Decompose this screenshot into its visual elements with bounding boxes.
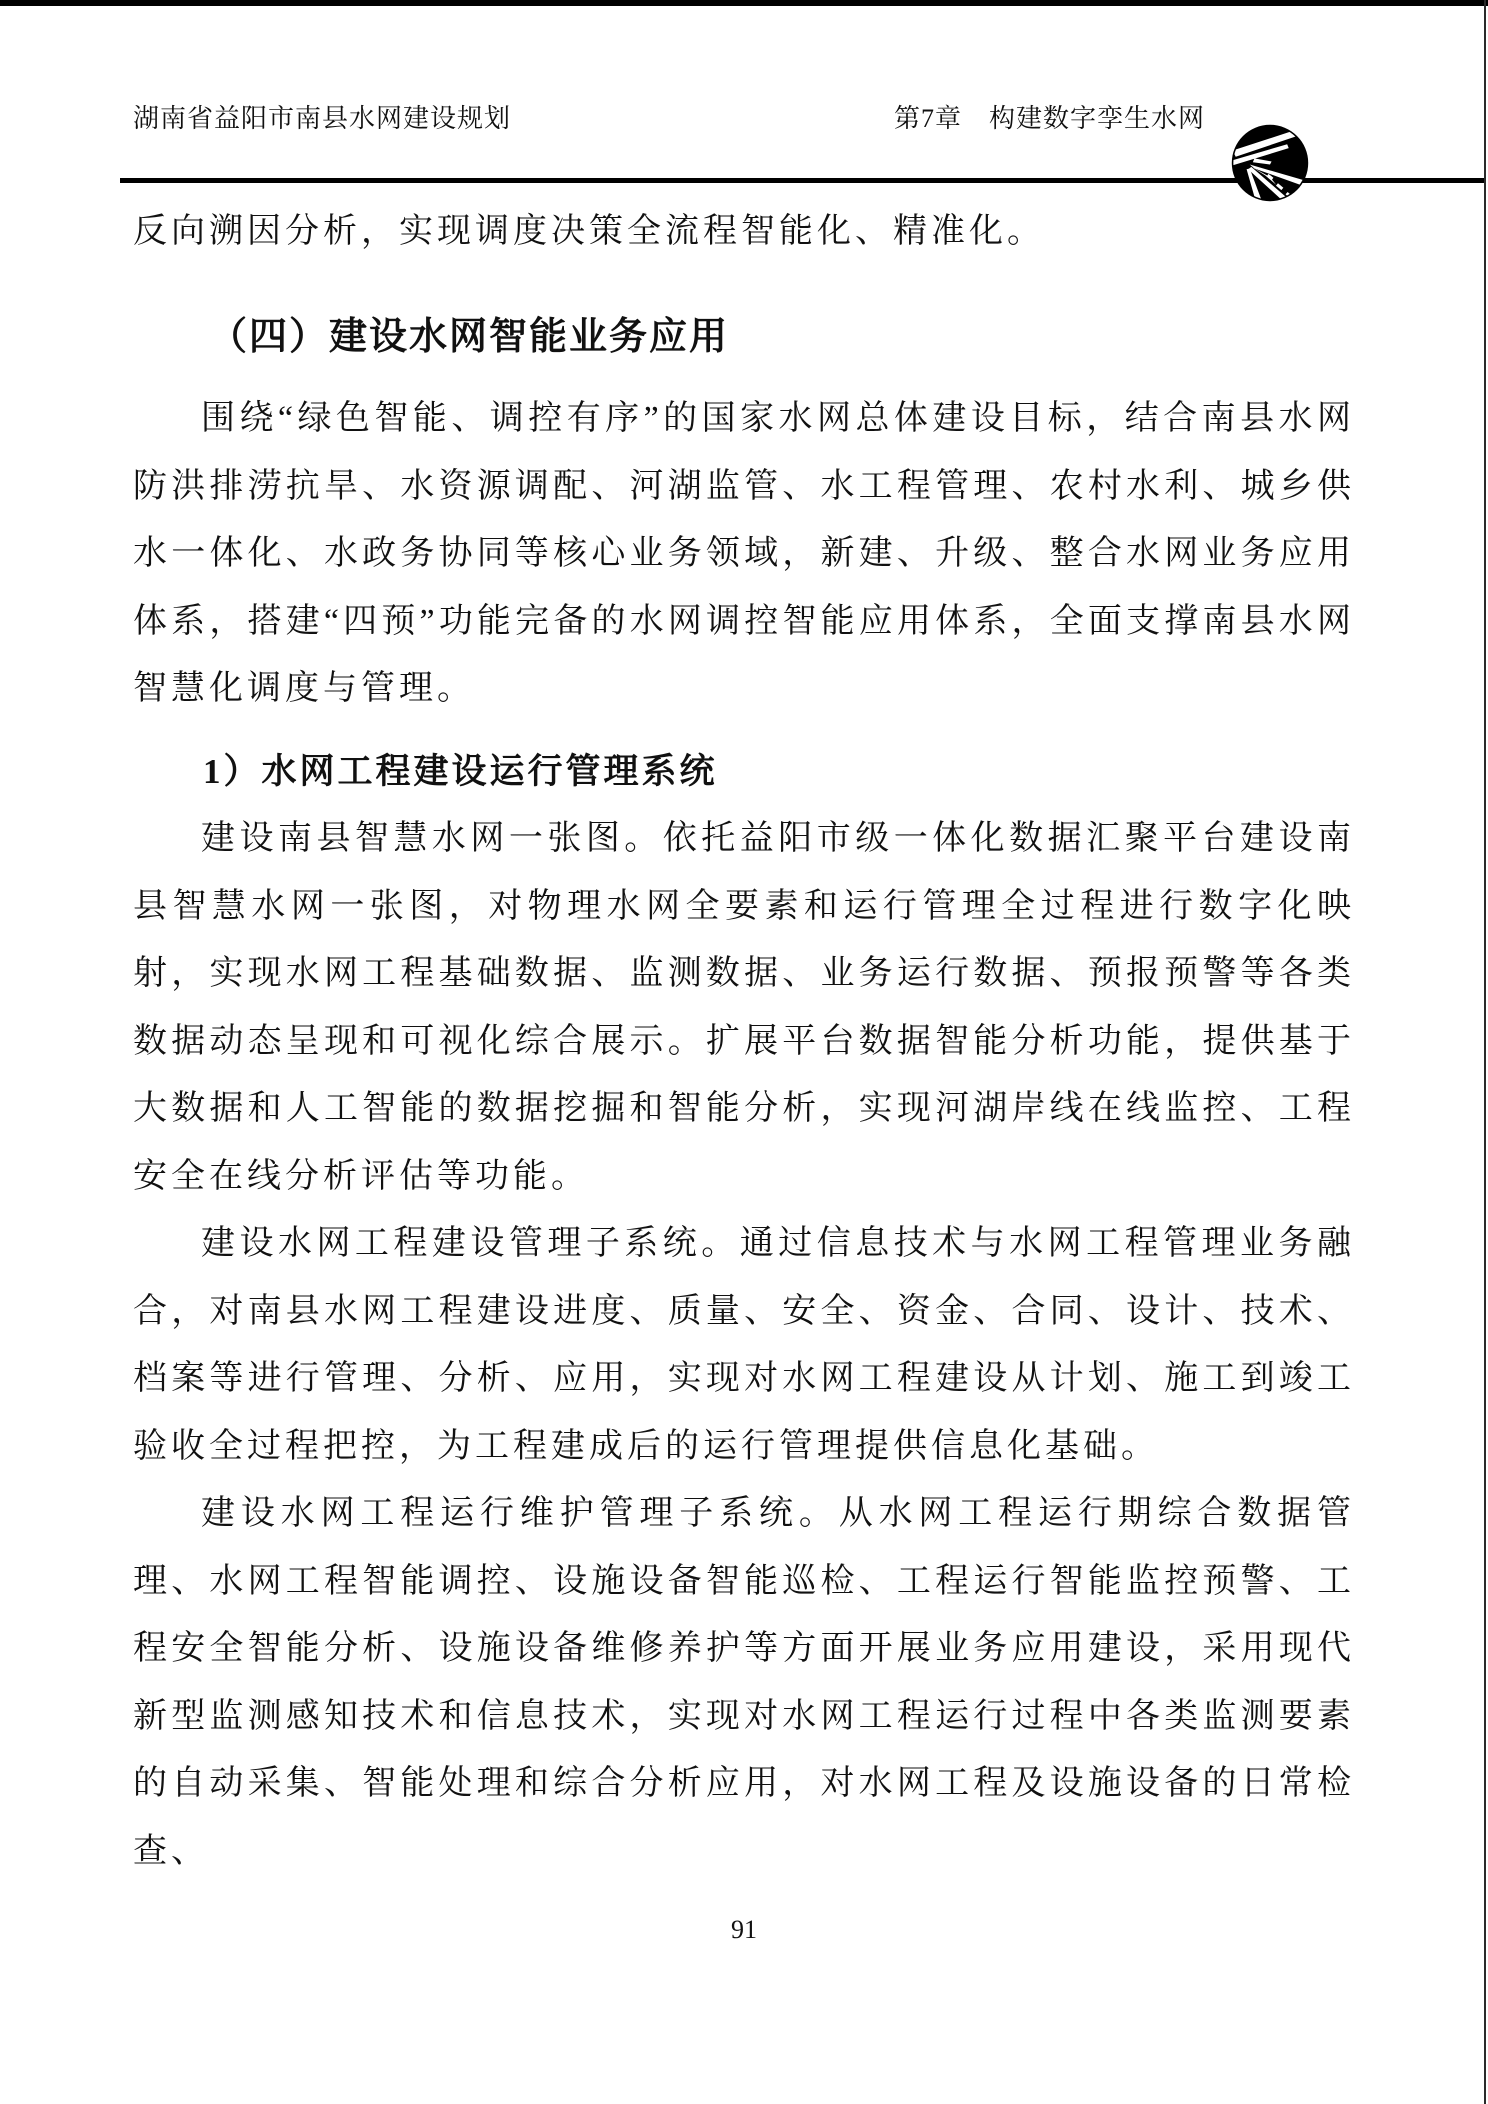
page-header: 湖南省益阳市南县水网建设规划 第7章 构建数字孪生水网 bbox=[133, 98, 1355, 135]
page-number: 91 bbox=[0, 1915, 1488, 1945]
document-body: 反向溯因分析，实现调度决策全流程智能化、精准化。 （四）建设水网智能业务应用 围… bbox=[133, 198, 1355, 1885]
paragraph-smart-map: 建设南县智慧水网一张图。依托益阳市级一体化数据汇聚平台建设南县智慧水网一张图，对… bbox=[133, 805, 1355, 1210]
sub-heading-system-1: 1）水网工程建设运行管理系统 bbox=[133, 738, 1355, 806]
section-heading: （四）建设水网智能业务应用 bbox=[133, 304, 1355, 372]
scan-right-edge bbox=[1484, 0, 1486, 2104]
header-document-title: 湖南省益阳市南县水网建设规划 bbox=[133, 98, 511, 135]
paragraph-operation-subsystem: 建设水网工程运行维护管理子系统。从水网工程运行期综合数据管理、水网工程智能调控、… bbox=[133, 1480, 1355, 1885]
paragraph-intro-continuation: 反向溯因分析，实现调度决策全流程智能化、精准化。 bbox=[133, 198, 1355, 266]
paragraph-construction-subsystem: 建设水网工程建设管理子系统。通过信息技术与水网工程管理业务融合，对南县水网工程建… bbox=[133, 1210, 1355, 1480]
road-emblem-icon bbox=[1231, 124, 1309, 202]
scan-top-edge bbox=[0, 0, 1488, 6]
paragraph-overview: 围绕“绿色智能、调控有序”的国家水网总体建设目标，结合南县水网防洪排涝抗旱、水资… bbox=[133, 385, 1355, 723]
